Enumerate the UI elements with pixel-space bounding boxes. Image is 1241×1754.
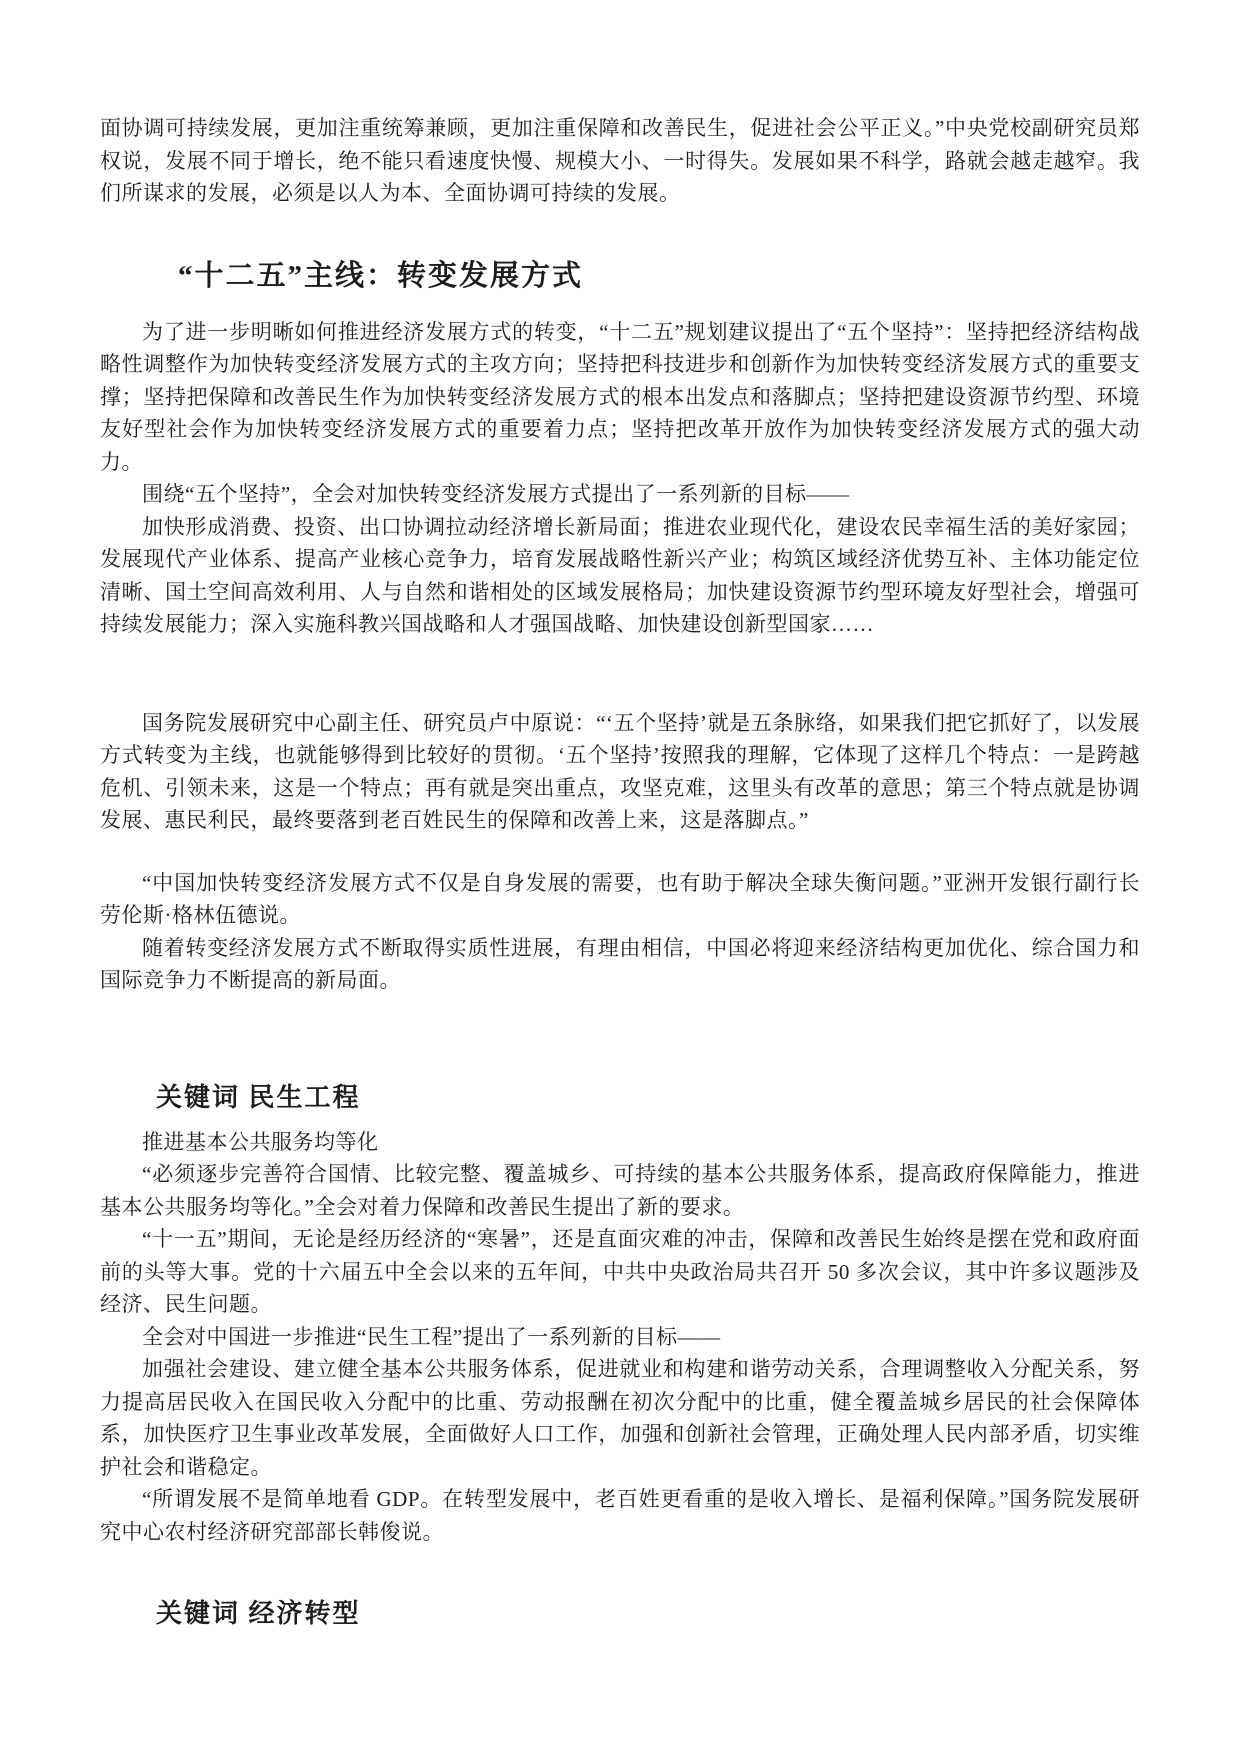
paragraph-public-service-system-quote: “必须逐步完善符合国情、比较完整、覆盖城乡、可持续的基本公共服务体系，提高政府保… bbox=[100, 1158, 1140, 1223]
keyword-heading-livelihood-project: 关键词 民生工程 bbox=[100, 1080, 1140, 1116]
paragraph-eleventh-five-year-period: “十一五”期间，无论是经历经济的“寒暑”，还是直面灾难的冲击，保障和改善民生始终… bbox=[100, 1223, 1140, 1321]
section-heading-shierwu-main-line: “十二五”主线：转变发展方式 bbox=[100, 256, 1140, 296]
paragraph-livelihood-new-goals: 全会对中国进一步推进“民生工程”提出了一系列新的目标—— bbox=[100, 1321, 1140, 1354]
paragraph-around-five-adherences: 围绕“五个坚持”，全会对加快转变经济发展方式提出了一系列新的目标—— bbox=[100, 478, 1140, 511]
paragraph-outlook: 随着转变经济发展方式不断取得实质性进展，有理由相信，中国必将迎来经济结构更加优化… bbox=[100, 932, 1140, 997]
paragraph-continued-from-previous-page: 面协调可持续发展，更加注重统筹兼顾，更加注重保障和改善民生，促进社会公平正义。”… bbox=[100, 112, 1140, 210]
paragraph-five-adherences: 为了进一步明晰如何推进经济发展方式的转变，“十二五”规划建议提出了“五个坚持”：… bbox=[100, 316, 1140, 479]
paragraph-social-construction-goals: 加强社会建设、建立健全基本公共服务体系，促进就业和构建和谐劳动关系，合理调整收入… bbox=[100, 1353, 1140, 1483]
paragraph-equalize-public-services: 推进基本公共服务均等化 bbox=[100, 1126, 1140, 1159]
paragraph-lu-zhongyuan-quote: 国务院发展研究中心副主任、研究员卢中原说：“‘五个坚持’就是五条脉络，如果我们把… bbox=[100, 707, 1140, 837]
paragraph-han-jun-gdp-quote: “所谓发展不是简单地看 GDP。在转型发展中，老百姓更看重的是收入增长、是福利保… bbox=[100, 1483, 1140, 1548]
paragraph-adb-vice-president-quote: “中国加快转变经济发展方式不仅是自身发展的需要，也有助于解决全球失衡问题。”亚洲… bbox=[100, 867, 1140, 932]
keyword-heading-economic-transformation: 关键词 经济转型 bbox=[100, 1596, 1140, 1632]
document-page: 面协调可持续发展，更加注重统筹兼顾，更加注重保障和改善民生，促进社会公平正义。”… bbox=[0, 0, 1241, 1754]
paragraph-new-goals-list: 加快形成消费、投资、出口协调拉动经济增长新局面；推进农业现代化，建设农民幸福生活… bbox=[100, 511, 1140, 641]
